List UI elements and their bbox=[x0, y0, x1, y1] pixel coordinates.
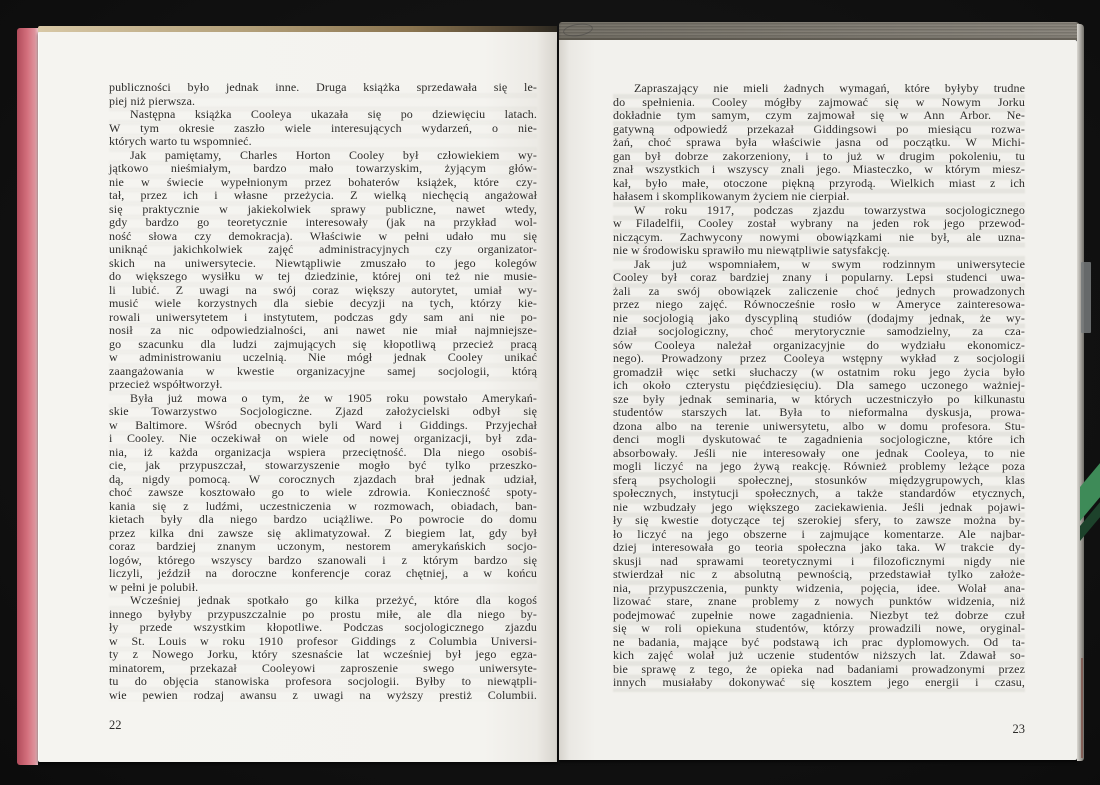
text-line: nie wzbudzały jego większego zaciekawien… bbox=[613, 501, 1025, 515]
text-line: nego). Prowadzony przez Cooleya wstępny … bbox=[613, 352, 1025, 366]
paragraph: publiczności było jednak inne. Druga ksi… bbox=[109, 81, 537, 108]
text-line: dokładnie tym samym, czym zajmował się w… bbox=[613, 109, 1025, 123]
text-line: ły się kwestie dotyczące tej szerokiej s… bbox=[613, 514, 1025, 528]
text-line: W roku 1917, podczas zjazdu towarzystwa … bbox=[613, 204, 1025, 218]
text-line: dą, nigdy pomocą. W corocznych zjazdach … bbox=[109, 473, 537, 487]
text-line: innego byłyby przypuszczalnie po prostu … bbox=[109, 608, 537, 622]
paragraph: Jak pamiętamy, Charles Horton Cooley był… bbox=[109, 149, 537, 392]
right-page: Zapraszający nie mieli żadnych wymagań, … bbox=[559, 40, 1077, 760]
text-line: w pełni je polubił. bbox=[109, 581, 537, 595]
text-line: Była już mowa o tym, że w 1905 roku pows… bbox=[109, 392, 537, 406]
text-line: i Cooley. Nie oczekiwał on wiele od nowe… bbox=[109, 432, 537, 446]
text-line: podejmować zupełnie nowe zagadnienia. Ni… bbox=[613, 609, 1025, 623]
text-line: denci mogli dyskutować te zagadnienia so… bbox=[613, 433, 1025, 447]
text-line: Cooley był coraz bardziej znany i popula… bbox=[613, 271, 1025, 285]
text-line: studentów starszych lat. Była to nieform… bbox=[613, 406, 1025, 420]
text-line: ty z Nowego Jorku, który szesnaście lat … bbox=[109, 648, 537, 662]
book-cover-edge bbox=[17, 28, 38, 765]
text-line: kał, było małe, otoczone piękną przyrodą… bbox=[613, 177, 1025, 191]
text-line: skusji nad sprawami teoretycznymi i filo… bbox=[613, 555, 1025, 569]
cover-edge-bottom-right bbox=[1081, 658, 1083, 758]
paragraph: Następna książka Cooleya ukazała się po … bbox=[109, 108, 537, 149]
photo-background: publiczności było jednak inne. Druga ksi… bbox=[0, 0, 1100, 785]
text-line: kania się z ludźmi, uczestniczenia w roz… bbox=[109, 500, 537, 514]
text-line: li lubić. Z uwagi na swój coraz większy … bbox=[109, 284, 537, 298]
paragraph: Wcześniej jednak spotkało go kilka przeż… bbox=[109, 594, 537, 702]
text-line: hałasem i skomplikowanym życiem nie cier… bbox=[613, 190, 1025, 204]
text-line: do większego wysiłku w tej dziedzinie, k… bbox=[109, 270, 537, 284]
text-line: nie w świecie wypełnionym przez bohateró… bbox=[109, 176, 537, 190]
text-line: bie sprawę z tego, że opieka nad badania… bbox=[613, 663, 1025, 677]
text-line: zaangażowania w kwestie organizacyjne sa… bbox=[109, 365, 537, 379]
text-line: nie w środowisku sprawiło mu niewątpliwi… bbox=[613, 244, 1025, 258]
paragraph: W roku 1917, podczas zjazdu towarzystwa … bbox=[613, 204, 1025, 258]
text-line: ność słowa czy demokracja). Właściwie w … bbox=[109, 230, 537, 244]
text-line: nie socjologią jako dyscypliną studiów (… bbox=[613, 312, 1025, 326]
left-page: publiczności było jednak inne. Druga ksi… bbox=[38, 31, 557, 762]
text-line: dzona albo na terenie uniwersytetu, albo… bbox=[613, 420, 1025, 434]
text-line: żali za swój obowiązek zaliczenie choć j… bbox=[613, 285, 1025, 299]
text-line: ły przede wszystkim kłopotliwe. Podczas … bbox=[109, 621, 537, 635]
text-line: dział socjologiczny, choć merytorycznie … bbox=[613, 325, 1025, 339]
text-line: nosił za nic odpowiedzialności, ani nawe… bbox=[109, 324, 537, 338]
text-line: w administrowaniu uczelnią. Nie mógł jed… bbox=[109, 351, 537, 365]
edge-stamp-mark bbox=[562, 22, 593, 38]
right-page-number: 23 bbox=[613, 722, 1025, 737]
text-line: Jak już wspomniałem, w swym rodzinnym un… bbox=[613, 258, 1025, 272]
text-line: Zapraszający nie mieli żadnych wymagań, … bbox=[613, 82, 1025, 96]
text-line: przez niego zajęć. Równocześnie rosło w … bbox=[613, 298, 1025, 312]
page-stack-top-edge bbox=[559, 22, 1081, 40]
text-line: się w roli opiekuna studentów, którzy pr… bbox=[613, 622, 1025, 636]
text-line: skie Towarzystwo Socjologiczne. Zjazd za… bbox=[109, 405, 537, 419]
paragraph: Jak już wspomniałem, w swym rodzinnym un… bbox=[613, 258, 1025, 690]
text-line: niczącym. Zachwycony nowymi obowiązkami … bbox=[613, 231, 1025, 245]
text-line: go szacunku dla ludzi zajmujących się kł… bbox=[109, 338, 537, 352]
text-line: absorbowały. Jeśli nie interesowały one … bbox=[613, 447, 1025, 461]
text-line: ich około czterystu pięćdziesięciu). Dla… bbox=[613, 379, 1025, 393]
text-line: uniknąć jakichkolwiek zajęć administracy… bbox=[109, 243, 537, 257]
text-line: przecież współtworzył. bbox=[109, 378, 537, 392]
text-line: logów, którego wszyscy bardzo szanowali … bbox=[109, 554, 537, 568]
text-line: kietach były dla niego bardzo uciążliwe.… bbox=[109, 513, 537, 527]
paragraph: Była już mowa o tym, że w 1905 roku pows… bbox=[109, 392, 537, 595]
text-line: ne badania, mające być podstawą ich prac… bbox=[613, 636, 1025, 650]
text-line: żań, choć sprawa była właściwie jasna od… bbox=[613, 136, 1025, 150]
text-line: sze były jednak seminaria, w których ucz… bbox=[613, 393, 1025, 407]
text-line: znał wszystkich i wszyscy znali jego. Mi… bbox=[613, 163, 1025, 177]
paragraph: Zapraszający nie mieli żadnych wymagań, … bbox=[613, 82, 1025, 204]
text-line: lizować stare, znane problemy z nowych p… bbox=[613, 595, 1025, 609]
text-line: stwierdzał nic z absolutną pewnością, pr… bbox=[613, 568, 1025, 582]
text-line: gatywną odpowiedź przekazał Giddingsowi … bbox=[613, 123, 1025, 137]
text-line: w St. Louis w roku 1910 profesor Gidding… bbox=[109, 635, 537, 649]
text-line: wie pewien rodzaj awansu z uwagi na wyżs… bbox=[109, 689, 537, 703]
text-line: musić wiele korzystnych dla siebie decyz… bbox=[109, 297, 537, 311]
text-line: mogli liczyć na jego żywą reakcję. Równi… bbox=[613, 460, 1025, 474]
text-line: rowali uniwersytetem i instytutem, podcz… bbox=[109, 311, 537, 325]
text-line: do spełnienia. Cooley mógłby zajmować si… bbox=[613, 96, 1025, 110]
text-line: minatorem, przekazał Cooleyowi zaproszen… bbox=[109, 662, 537, 676]
text-line: nia, przypuszczenia, punkty widzenia, po… bbox=[613, 582, 1025, 596]
text-line: sferą psychologii społecznej, stosunków … bbox=[613, 474, 1025, 488]
text-line: skich na uniwersytecie. Niewtąpliwie zmu… bbox=[109, 257, 537, 271]
text-line: innych musiałaby dokonywać się kosztem j… bbox=[613, 676, 1025, 690]
right-page-text: Zapraszający nie mieli żadnych wymagań, … bbox=[613, 82, 1025, 690]
text-line: kich zajęć wolał już uczenie studentów n… bbox=[613, 649, 1025, 663]
text-line: których warto tu wspomnieć. bbox=[109, 135, 537, 149]
text-line: coraz bardziej znanym uczonym, nestorem … bbox=[109, 540, 537, 554]
text-line: tu do objęcia stanowiska profesora socjo… bbox=[109, 675, 537, 689]
text-line: tał, przez ich i własne przeżycia. Z wie… bbox=[109, 189, 537, 203]
text-line: Wcześniej jednak spotkało go kilka przeż… bbox=[109, 594, 537, 608]
text-line: publiczności było jednak inne. Druga ksi… bbox=[109, 81, 537, 95]
text-line: sów Cooleya należał organizacyjnie do wy… bbox=[613, 339, 1025, 353]
text-line: ło liczyć na jego obszerne i zajmujące k… bbox=[613, 528, 1025, 542]
text-line: Następna książka Cooleya ukazała się po … bbox=[109, 108, 537, 122]
text-line: gdy bardzo go teoretycznie interesowały … bbox=[109, 216, 537, 230]
left-page-number: 22 bbox=[109, 718, 122, 733]
text-line: się praktycznie w jakiekolwiek sprawy pu… bbox=[109, 203, 537, 217]
text-line: Jak pamiętamy, Charles Horton Cooley był… bbox=[109, 149, 537, 163]
text-line: liczyli, jeździł na doroczne konferencje… bbox=[109, 567, 537, 581]
text-line: W tym okresie zaszło wiele interesującyc… bbox=[109, 122, 537, 136]
text-line: gromadził więc setki słuchaczy (w ostatn… bbox=[613, 366, 1025, 380]
text-line: cie, jak przypuszczał, stowarzyszenie mo… bbox=[109, 459, 537, 473]
text-line: w Filadelfii, Cooley został wybrany na j… bbox=[613, 217, 1025, 231]
text-line: piej niż pierwsza. bbox=[109, 95, 537, 109]
text-line: dziej interesowała go teoria społeczna j… bbox=[613, 541, 1025, 555]
text-line: nia, iż każda organizacja wspiera przeci… bbox=[109, 446, 537, 460]
text-line: jątkowo nieśmiałym, bardzo mało towarzys… bbox=[109, 162, 537, 176]
text-line: społecznych, instytucji społecznych, a t… bbox=[613, 487, 1025, 501]
text-line: przez kilka dni zawsze się aklimatyzował… bbox=[109, 527, 537, 541]
gray-edge-tab bbox=[1081, 262, 1091, 333]
text-line: w Baltimore. Wśród obecnych byli Ward i … bbox=[109, 419, 537, 433]
left-page-text: publiczności było jednak inne. Druga ksi… bbox=[109, 81, 537, 702]
text-line: gan był dobrze zakorzeniony, i to już w … bbox=[613, 150, 1025, 164]
text-line: choć zawsze kosztowało go to wiele zdrow… bbox=[109, 486, 537, 500]
